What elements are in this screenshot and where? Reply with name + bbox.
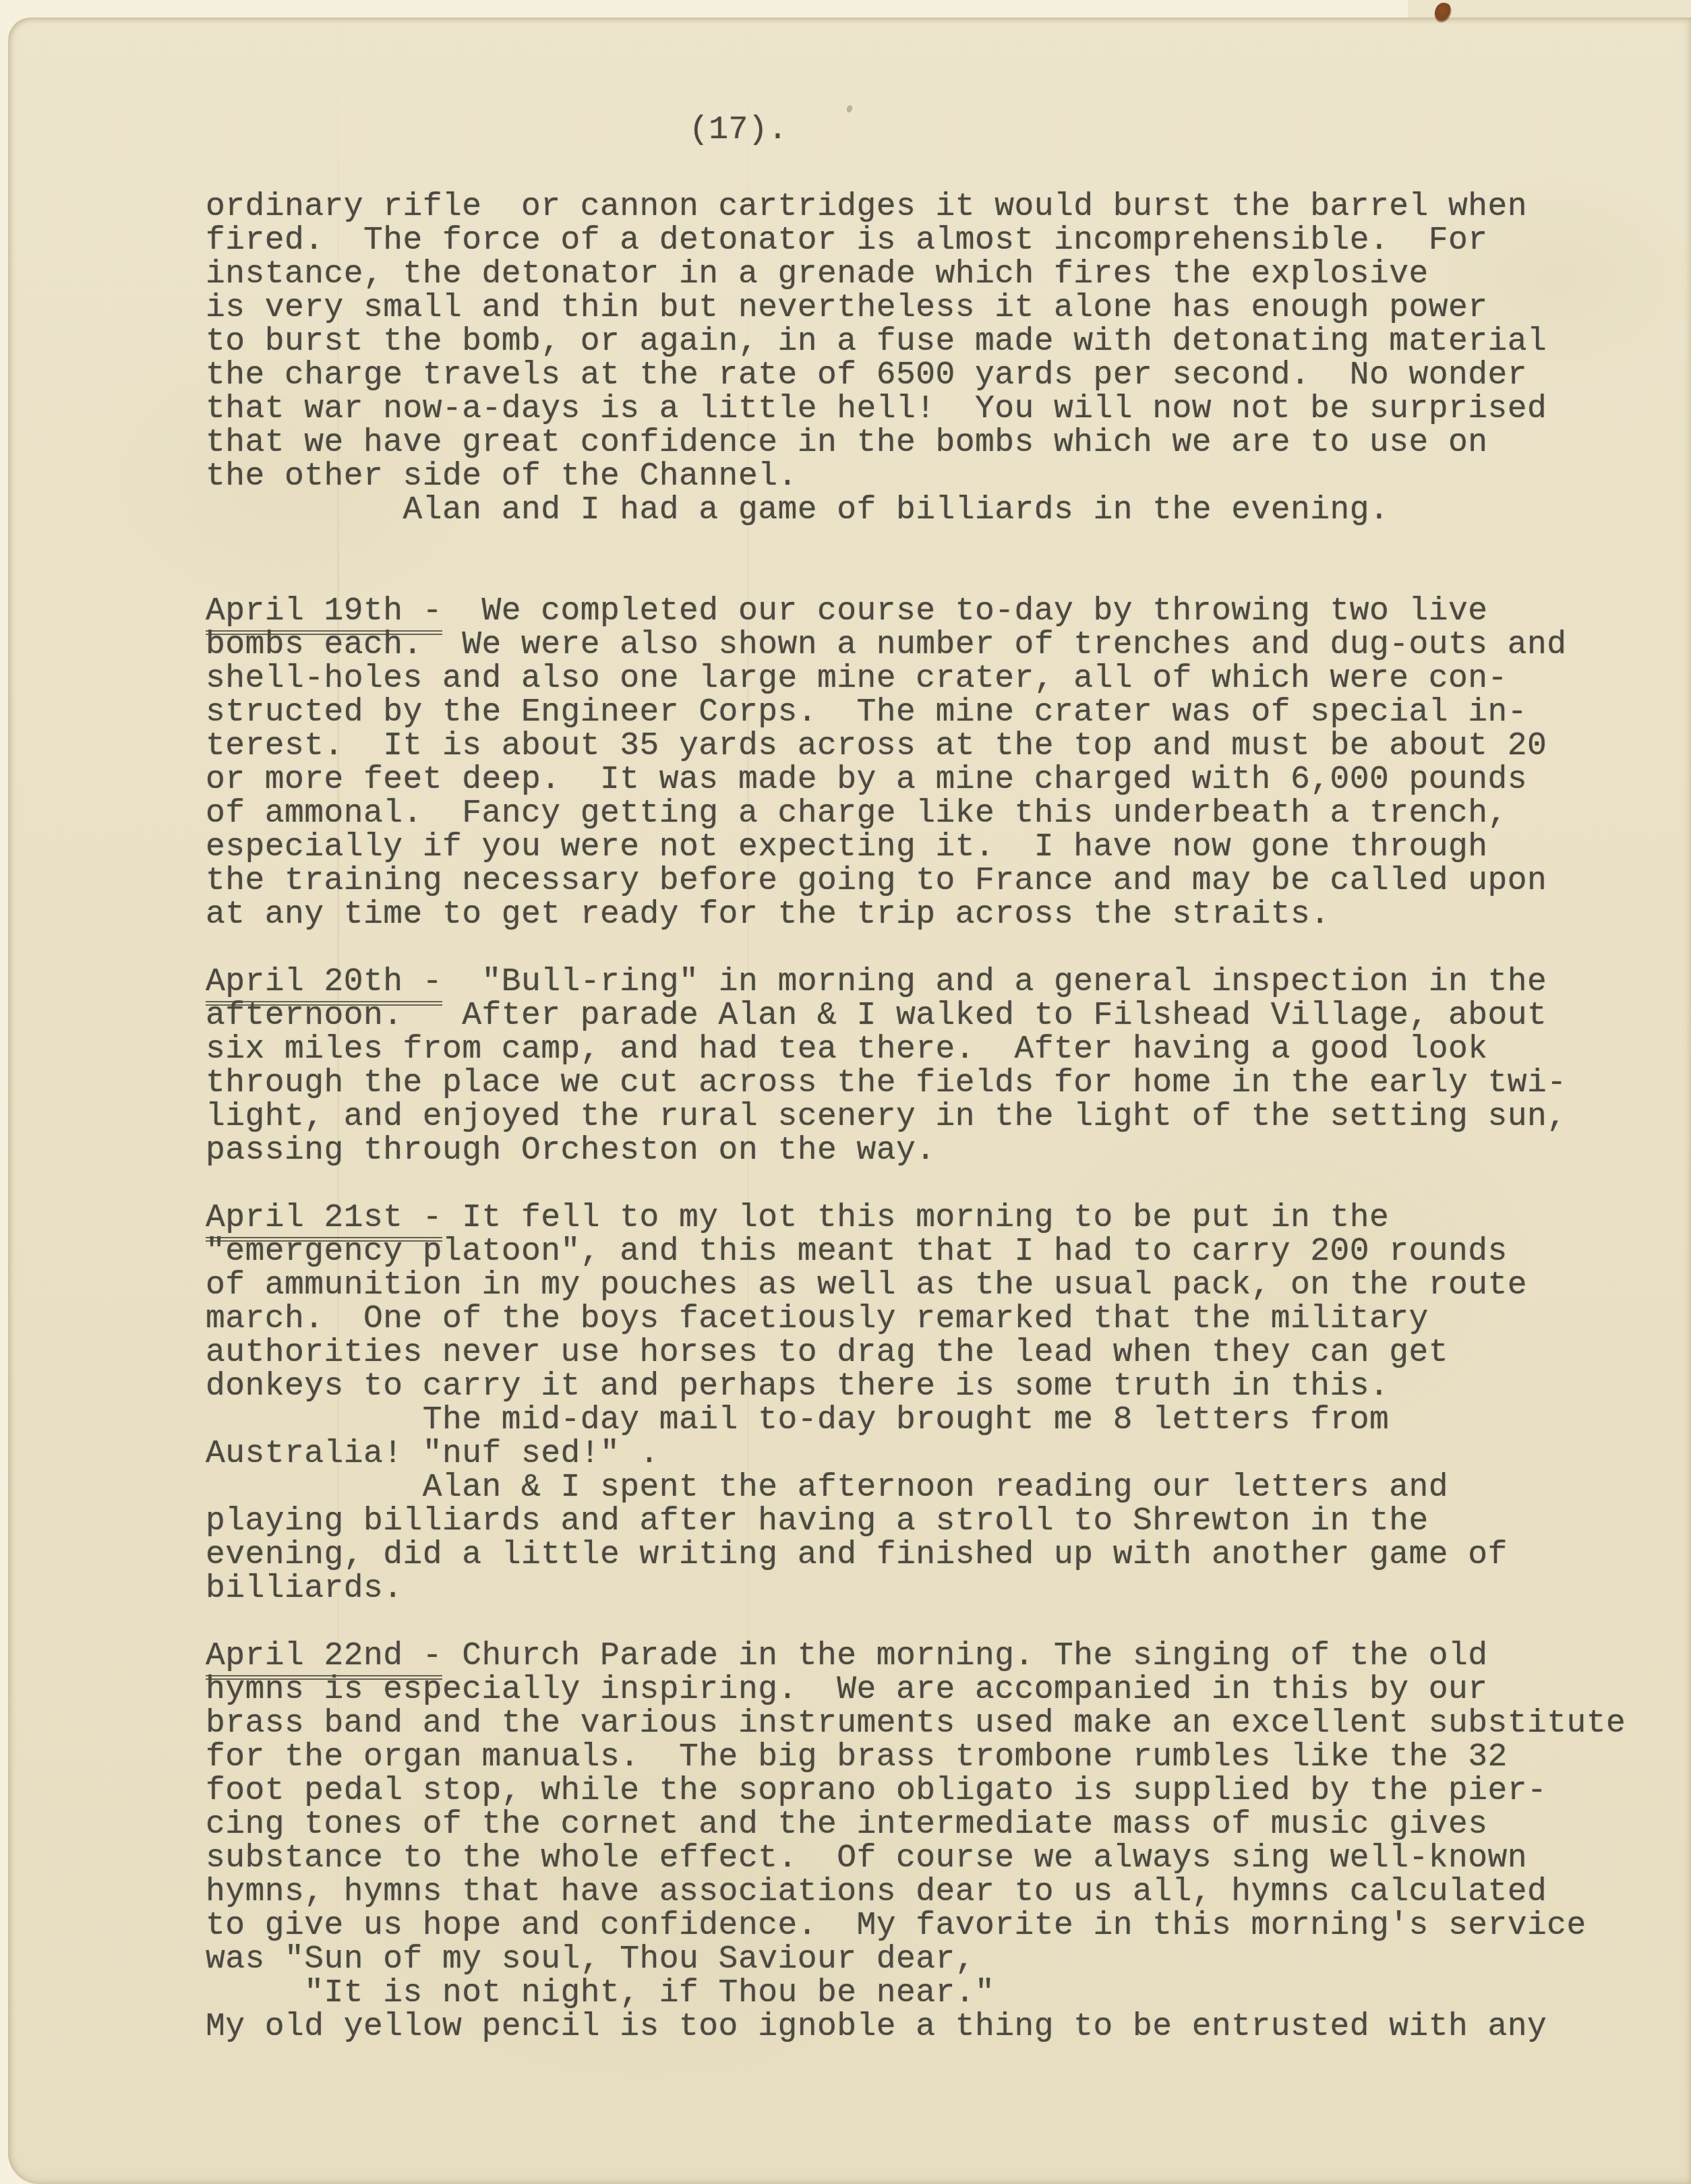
text-line: cing tones of the cornet and the interme…: [206, 1808, 1626, 1842]
text-line: or more feet deep. It was made by a mine…: [206, 763, 1626, 797]
text-line: of ammonal. Fancy getting a charge like …: [206, 797, 1626, 830]
paragraph: April 22nd - Church Parade in the mornin…: [206, 1639, 1626, 2044]
text-line: The mid-day mail to-day brought me 8 let…: [206, 1403, 1626, 1437]
text-line: Alan & I spent the afternoon reading our…: [206, 1471, 1626, 1505]
text-line: is very small and thin but nevertheless …: [206, 291, 1626, 325]
text-line: at any time to get ready for the trip ac…: [206, 898, 1626, 932]
text-line: April 21st - It fell to my lot this morn…: [206, 1201, 1626, 1235]
text-line: April 20th - "Bull-ring" in morning and …: [206, 965, 1626, 999]
scan-frame: (17). ordinary rifle or cannon cartridge…: [0, 0, 1691, 2184]
text-line: playing billiards and after having a str…: [206, 1505, 1626, 1538]
text-line: the other side of the Channel.: [206, 460, 1626, 493]
text-line: "It is not night, if Thou be near.": [206, 1976, 1626, 2010]
text-line: march. One of the boys facetiously remar…: [206, 1302, 1626, 1336]
text-line: Australia! "nuf sed!" .: [206, 1437, 1626, 1471]
text-line: April 22nd - Church Parade in the mornin…: [206, 1639, 1626, 1673]
text-line: foot pedal stop, while the soprano oblig…: [206, 1774, 1626, 1808]
paragraph: April 20th - "Bull-ring" in morning and …: [206, 965, 1626, 1167]
text-line: hymns is especially inspiring. We are ac…: [206, 1673, 1626, 1707]
text-line: April 19th - We completed our course to-…: [206, 595, 1626, 628]
text-line: that we have great confidence in the bom…: [206, 426, 1626, 460]
text-line: structed by the Engineer Corps. The mine…: [206, 696, 1626, 729]
text-line: fired. The force of a detonator is almos…: [206, 224, 1626, 257]
text-line: passing through Orcheston on the way.: [206, 1134, 1626, 1167]
text-line: evening, did a little writing and finish…: [206, 1538, 1626, 1572]
text-line: to give us hope and confidence. My favor…: [206, 1909, 1626, 1943]
text-line: substance to the whole effect. Of course…: [206, 1842, 1626, 1875]
text-line: terest. It is about 35 yards across at t…: [206, 729, 1626, 763]
text-line: billiards.: [206, 1572, 1626, 1606]
text-line: through the place we cut across the fiel…: [206, 1066, 1626, 1100]
text-line: light, and enjoyed the rural scenery in …: [206, 1100, 1626, 1134]
page-number: (17).: [689, 113, 788, 147]
text-line: six miles from camp, and had tea there. …: [206, 1033, 1626, 1066]
text-line: hymns, hymns that have associations dear…: [206, 1875, 1626, 1909]
text-line: "emergency platoon", and this meant that…: [206, 1235, 1626, 1269]
text-line: to burst the bomb, or again, in a fuse m…: [206, 325, 1626, 359]
text-line: ordinary rifle or cannon cartridges it w…: [206, 190, 1626, 224]
text-line: Alan and I had a game of billiards in th…: [206, 493, 1626, 527]
paragraph: April 19th - We completed our course to-…: [206, 595, 1626, 932]
text-line: of ammunition in my pouches as well as t…: [206, 1269, 1626, 1302]
text-line: bombs each. We were also shown a number …: [206, 628, 1626, 662]
text-line: that war now-a-days is a little hell! Yo…: [206, 392, 1626, 426]
text-line: My old yellow pencil is too ignoble a th…: [206, 2010, 1626, 2044]
text-line: the charge travels at the rate of 6500 y…: [206, 359, 1626, 392]
paragraph: ordinary rifle or cannon cartridges it w…: [206, 190, 1626, 527]
text-line: brass band and the various instruments u…: [206, 1707, 1626, 1740]
text-line: authorities never use horses to drag the…: [206, 1336, 1626, 1370]
paragraph: April 21st - It fell to my lot this morn…: [206, 1201, 1626, 1606]
text-line: especially if you were not expecting it.…: [206, 830, 1626, 864]
text-line: afternoon. After parade Alan & I walked …: [206, 999, 1626, 1033]
diary-text: ordinary rifle or cannon cartridges it w…: [206, 190, 1626, 2044]
text-line: instance, the detonator in a grenade whi…: [206, 257, 1626, 291]
text-line: was "Sun of my soul, Thou Saviour dear,: [206, 1943, 1626, 1976]
text-line: the training necessary before going to F…: [206, 864, 1626, 898]
text-line: donkeys to carry it and perhaps there is…: [206, 1370, 1626, 1403]
text-line: shell-holes and also one large mine crat…: [206, 662, 1626, 696]
text-line: for the organ manuals. The big brass tro…: [206, 1740, 1626, 1774]
